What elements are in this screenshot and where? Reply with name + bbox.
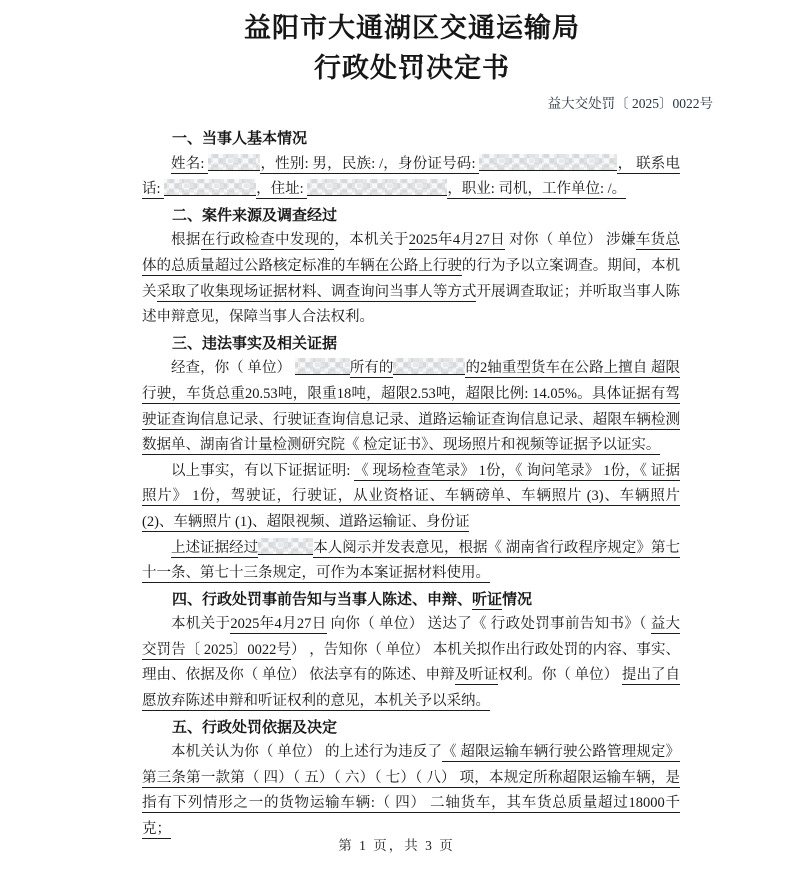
- body-text: 经查，你（ 单位）: [171, 360, 295, 376]
- filled-field-text: ，性别: 男，民族: /，身份证号码:: [260, 156, 479, 174]
- redaction-mosaic: [295, 358, 350, 375]
- body-text: 以上事实，有以下证据证明:: [171, 463, 354, 479]
- body-text: ，本机关于: [334, 232, 408, 248]
- body-text: 对你（ 单位） 涉嫌: [505, 232, 636, 248]
- document-number: 益大交处罚〔 2025〕0022号: [0, 94, 713, 114]
- document-header: 益阳市大通湖区交通运输局 行政处罚决定书: [142, 0, 682, 88]
- filled-field-text: 姓名:: [171, 156, 208, 174]
- redaction-mosaic: [208, 154, 260, 171]
- filled-field-text: 上述证据经过: [171, 540, 258, 558]
- redaction-mosaic: [164, 179, 256, 196]
- body-text: 三、违法事实及相关证据: [172, 335, 337, 352]
- body-text: 四、行政处罚事前告知与当事人陈述、申辩、: [172, 591, 472, 608]
- paragraph: 经查，你（ 单位） 所有的的2轴重型货车在公路上擅自 超限行驶，车货总重20.5…: [142, 356, 680, 458]
- filled-field-text: 听证: [472, 591, 502, 610]
- filled-field-text: 所有的: [350, 360, 394, 378]
- body-text: 权利。你（ 单位）: [498, 667, 622, 683]
- filled-field-text: 采取了收集现场证据材料、调查询问当事人等方式: [157, 284, 477, 302]
- document-page: 益阳市大通湖区交通运输局 行政处罚决定书 益大交处罚〔 2025〕0022号 一…: [0, 0, 793, 882]
- redaction-mosaic: [258, 538, 313, 555]
- paragraph: 以上事实，有以下证据证明: 《 现场检查笔录》 1份，《 询问笔录》 1份，《 …: [142, 459, 680, 536]
- filled-field-text: 2025年4月27日: [409, 232, 505, 250]
- document-type-title: 行政处罚决定书: [142, 48, 682, 88]
- section-heading: 五、行政处罚依据及决定: [142, 715, 680, 741]
- agency-title: 益阳市大通湖区交通运输局: [142, 8, 682, 48]
- body-text: 二、案件来源及调查经过: [172, 207, 337, 224]
- filled-field-text: 在行政检查中发现的: [201, 232, 335, 250]
- redaction-mosaic: [393, 358, 465, 375]
- page-footer: 第 1 页，共 3 页: [0, 834, 793, 854]
- paragraph: 本机关于2025年4月27日 向你（ 单位） 送达了《 行政处罚事前告知书》（ …: [142, 612, 680, 714]
- section-heading: 二、案件来源及调查经过: [142, 203, 680, 229]
- paragraph: 根据在行政检查中发现的，本机关于2025年4月27日 对你（ 单位） 涉嫌车货总…: [142, 228, 680, 330]
- filled-field-text: ，住址:: [256, 181, 307, 199]
- filled-field-text: 及听证: [455, 667, 499, 685]
- body-text: 向你（ 单位） 送达了《 行政处罚事前告知书》（: [327, 616, 651, 632]
- body-text: 情况: [502, 591, 532, 608]
- body-text: 五、行政处罚依据及决定: [172, 719, 337, 736]
- redaction-mosaic: [307, 179, 447, 196]
- section-heading: 三、违法事实及相关证据: [142, 331, 680, 357]
- body-text: 一、当事人基本情况: [172, 130, 307, 147]
- body-text: 根据: [171, 232, 201, 248]
- redaction-mosaic: [479, 154, 617, 171]
- section-heading: 四、行政处罚事前告知与当事人陈述、申辩、听证情况: [142, 587, 680, 613]
- section-heading: 一、当事人基本情况: [142, 126, 680, 152]
- paragraph: 本机关认为你（ 单位） 的上述行为违反了《 超限运输车辆行驶公路管理规定》第三条…: [142, 740, 680, 842]
- paragraph: 姓名: ，性别: 男，民族: /，身份证号码: ， 联系电话: ，住址: ，职业…: [142, 152, 680, 203]
- document-body: 一、当事人基本情况姓名: ，性别: 男，民族: /，身份证号码: ， 联系电话:…: [142, 126, 680, 843]
- filled-field-text: ，职业: 司机，工作单位: /。: [447, 181, 626, 199]
- body-text: 本机关认为你（ 单位） 的上述行为违反了: [171, 744, 442, 760]
- body-text: 本机关于: [171, 616, 230, 632]
- filled-field-text: 2025年4月27日: [230, 616, 326, 634]
- paragraph: 上述证据经过本人阅示并发表意见，根据《 湖南省行政程序规定》第七十一条、第七十三…: [142, 536, 680, 587]
